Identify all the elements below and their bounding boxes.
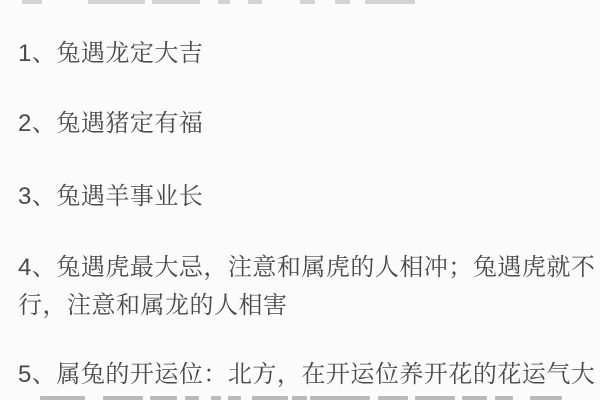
list-item-4-line-1: 4、兔遇虎最大忌，注意和属虎的人相冲；兔遇虎就不: [18, 254, 595, 282]
list-item-4-line-2: 行，注意和属龙的人相害: [18, 292, 288, 320]
list-item-1: 1、兔遇龙定大吉: [18, 40, 203, 68]
list-item-2: 2、兔遇猪定有福: [18, 110, 203, 138]
list-item-5: 5、属兔的开运位：北方，在开运位养开花的花运气大: [18, 361, 595, 389]
list-item-3: 3、兔遇羊事业长: [18, 183, 203, 211]
article-page: 1、兔遇龙定大吉 2、兔遇猪定有福 3、兔遇羊事业长 4、兔遇虎最大忌，注意和属…: [0, 0, 600, 400]
